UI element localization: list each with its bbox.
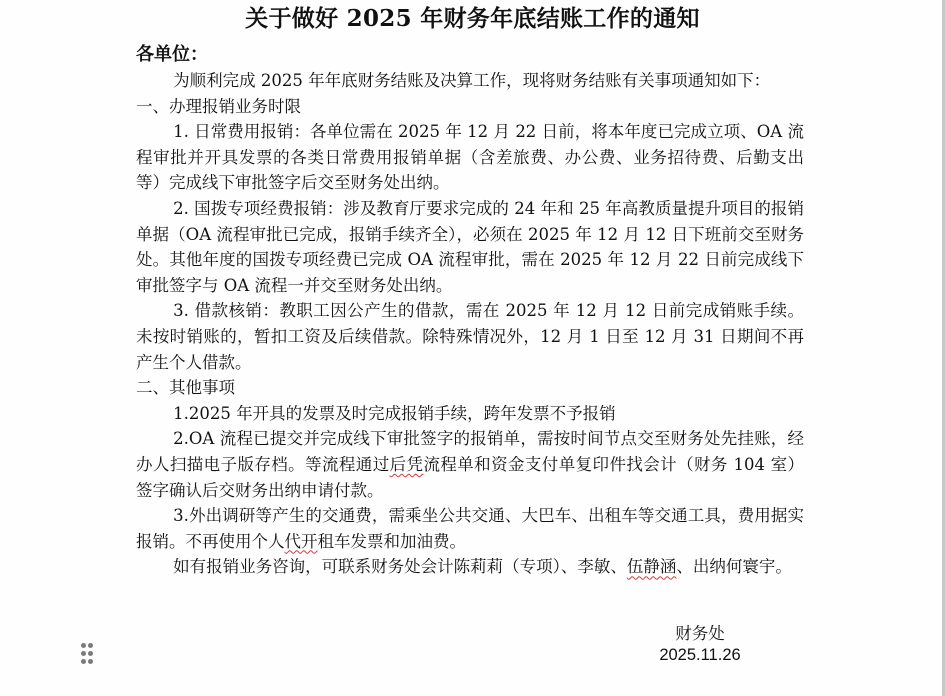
section-heading-1: 一、办理报销业务时限 [136,94,804,120]
section-2-item-1: 1.2025 年开具的发票及时完成报销手续，跨年发票不予报销 [136,401,804,427]
spellcheck-flagged-word[interactable]: 代开 [285,532,318,551]
item-text: 3.外出调研等产生的交通费，需乘坐公共交通、大巴车、出租车等交通工具，费用据实报… [136,506,804,551]
document-page: 关于做好 2025 年财务年底结账工作的通知 各单位： 为顺利完成 2025 年… [0,0,945,696]
drag-dot [81,643,86,648]
spellcheck-flagged-word[interactable]: 后凭 [390,455,424,474]
signature-date: 2025.11.26 [640,646,760,665]
drag-dot [81,659,86,664]
closing-paragraph: 如有报销业务咨询，可联系财务处会计陈莉莉（专项）、李敏、伍静涵、出纳何寰宇。 [136,554,804,580]
section-1-item-1: 1. 日常费用报销：各单位需在 2025 年 12 月 22 日前，将本年度已完… [136,119,804,196]
section-2-item-2: 2.OA 流程已提交并完成线下审批签字的报销单，需按时间节点交至财务处先挂账，经… [136,426,804,503]
section-2-item-3: 3.外出调研等产生的交通费，需乘坐公共交通、大巴车、出租车等交通工具，费用据实报… [136,503,804,554]
section-1-item-2: 2. 国拨专项经费报销：涉及教育厅要求完成的 24 年和 25 年高教质量提升项… [136,196,804,298]
spellcheck-flagged-name[interactable]: 伍静涵 [627,557,677,576]
document-body[interactable]: 各单位： 为顺利完成 2025 年年底财务结账及决算工作，现将财务结账有关事项通… [136,42,804,580]
section-heading-2: 二、其他事项 [136,375,804,401]
intro-paragraph: 为顺利完成 2025 年年底财务结账及决算工作，现将财务结账有关事项通知如下： [136,68,804,94]
drag-dot [88,659,93,664]
drag-dot [88,651,93,656]
drag-dot [88,643,93,648]
document-title: 关于做好 2025 年财务年底结账工作的通知 [0,4,945,34]
closing-text: 如有报销业务咨询，可联系财务处会计陈莉莉（专项）、李敏、 [173,557,627,576]
closing-text: 、出纳何寰宇。 [676,557,792,576]
item-text: 租车发票和加油费。 [318,532,467,551]
salutation: 各单位： [136,42,804,68]
drag-handle-icon[interactable] [81,643,95,665]
section-1-item-3: 3. 借款核销：教职工因公产生的借款，需在 2025 年 12 月 12 日前完… [136,298,804,375]
drag-dot [81,651,86,656]
signature-department: 财务处 [640,620,760,644]
